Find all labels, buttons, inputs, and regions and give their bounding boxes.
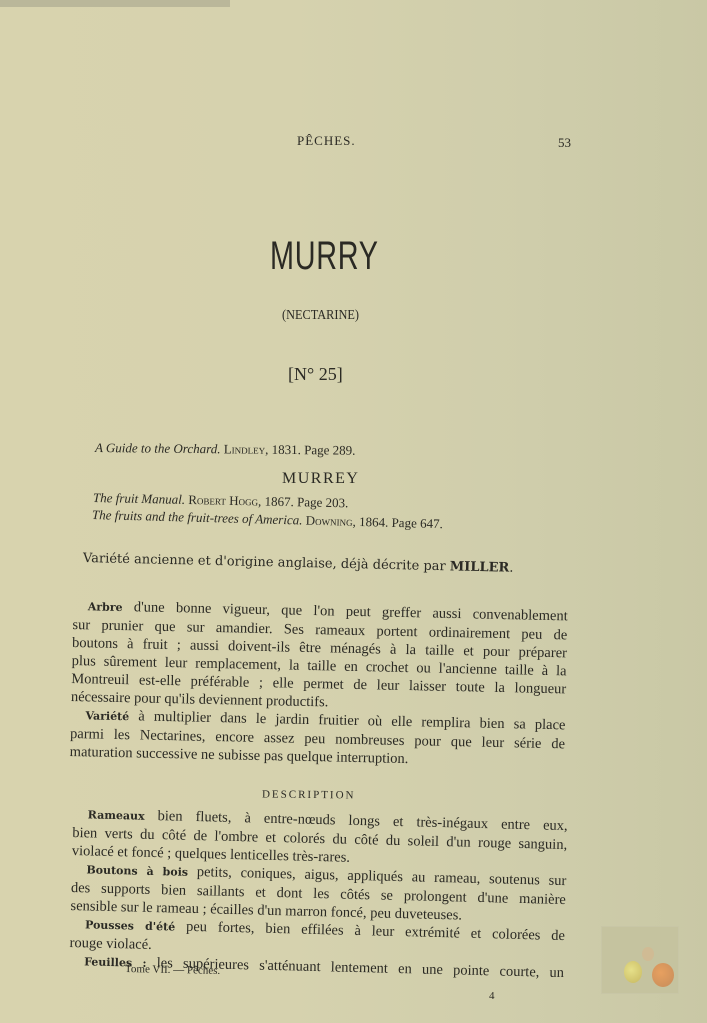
- entry-title: MURRY: [270, 234, 379, 279]
- lead-word: Rameaux: [88, 808, 145, 822]
- synonym-heading: MURREY: [282, 470, 359, 488]
- section-heading-description: DESCRIPTION: [262, 789, 356, 802]
- intro-paragraph: Arbre d'une bonne vigueur, que l'on peut…: [70, 597, 568, 771]
- entry-number: [N° 25]: [288, 364, 343, 385]
- origin-text: Variété ancienne et d'origine anglaise, …: [83, 551, 450, 574]
- entry-subtitle: (NECTARINE): [282, 308, 359, 324]
- volume-footer: Tome VII. — Pêches.: [125, 963, 220, 977]
- reference-detail: , 1867. Page 203.: [258, 493, 349, 510]
- reference-author: Robert Hogg: [188, 492, 258, 508]
- page-number: 53: [558, 135, 571, 151]
- fruit-icon: [642, 947, 654, 961]
- origin-statement: Variété ancienne et d'origine anglaise, …: [83, 551, 514, 576]
- reference-author: Downing: [306, 513, 353, 529]
- signature-mark: 4: [489, 990, 495, 1002]
- reference-work: A Guide to the Orchard.: [95, 440, 221, 456]
- reference-downing: The fruits and the fruit-trees of Americ…: [92, 507, 443, 532]
- description-paragraph: Rameaux bien fluets, à entre-nœuds longs…: [69, 805, 568, 983]
- reference-work: The fruits and the fruit-trees of Americ…: [92, 507, 303, 528]
- reference-lindley: A Guide to the Orchard. Lindley, 1831. P…: [95, 440, 356, 459]
- origin-end: .: [509, 561, 513, 576]
- reference-author: Lindley: [224, 441, 266, 456]
- lead-word: Arbre: [88, 600, 123, 614]
- origin-author: MILLER: [450, 559, 510, 575]
- scan-edge: [0, 0, 230, 7]
- running-head: PÊCHES.: [297, 133, 356, 149]
- lead-word: Variété: [85, 709, 129, 723]
- reference-work: The fruit Manual.: [93, 490, 185, 507]
- lead-word: Pousses d'été: [85, 918, 175, 933]
- fruit-thumbnail[interactable]: [601, 926, 679, 994]
- lead-word: Boutons à bois: [86, 863, 188, 878]
- reference-detail: , 1831. Page 289.: [265, 442, 355, 458]
- reference-detail: , 1864. Page 647.: [352, 514, 443, 531]
- fruit-icon: [652, 963, 674, 987]
- fruit-icon: [624, 961, 642, 983]
